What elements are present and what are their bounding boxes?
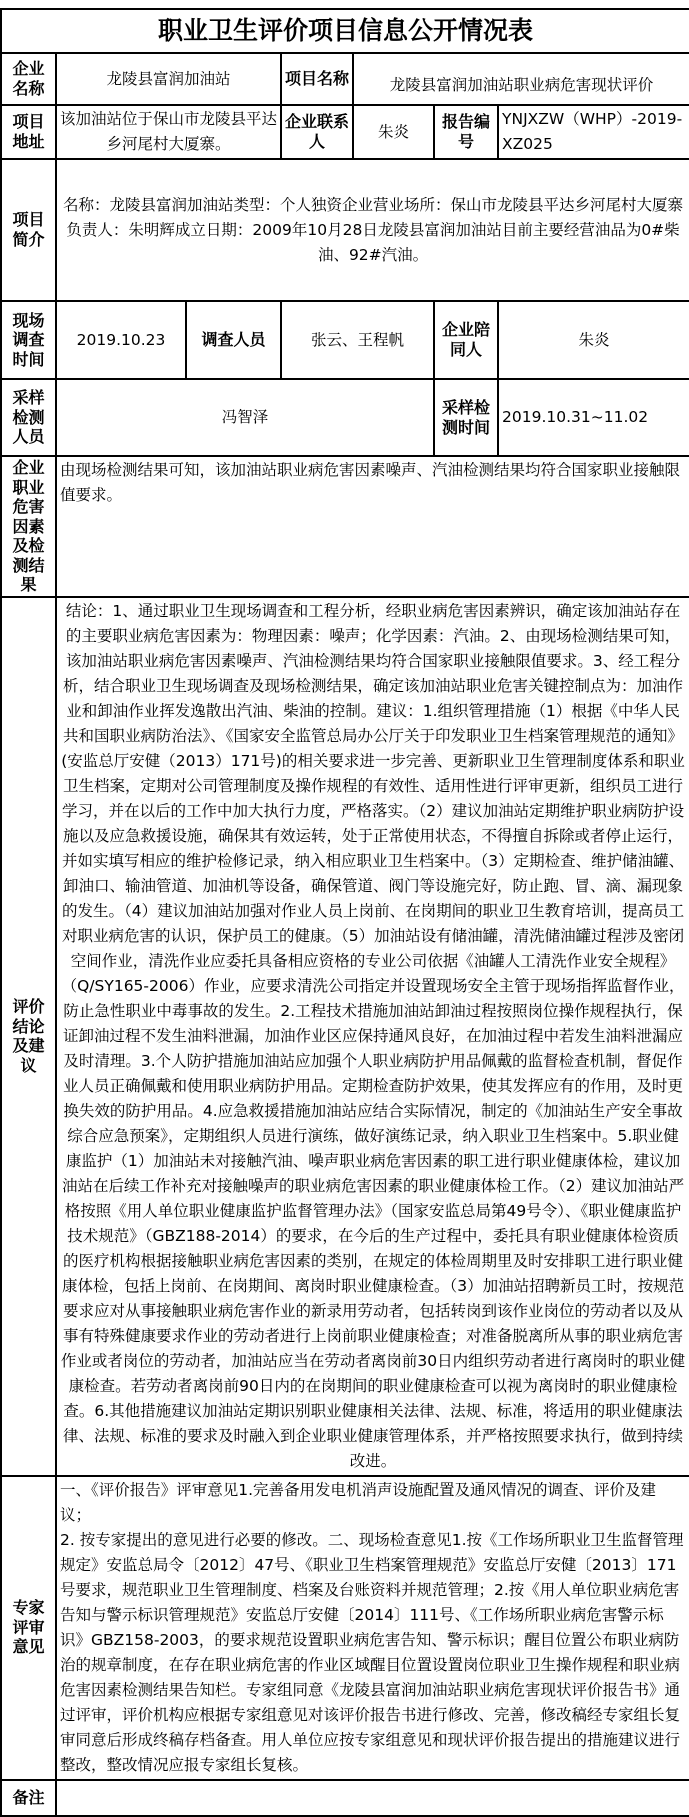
company-contact-label: 企业联系人 <box>281 105 353 159</box>
sampling-staff-value: 冯智泽 <box>56 379 434 456</box>
expert-opinion-label: 专家评审意见 <box>1 1476 56 1780</box>
report-no-label: 报告编号 <box>434 105 498 159</box>
project-intro-value: 名称：龙陵县富润加油站类型：个人独资企业营业场所：保山市龙陵县平达乡河尾村大厦寨… <box>56 159 689 301</box>
info-disclosure-table: 职业卫生评价项目信息公开情况表 企业名称 龙陵县富润加油站 项目名称 龙陵县富润… <box>0 8 689 1817</box>
sampling-time-value: 2019.10.31~11.02 <box>498 379 689 456</box>
expert-opinion-paragraph-2: 2. 按专家提出的意见进行必要的修改。二、现场检查意见1.按《工作场所职业卫生监… <box>60 1528 686 1778</box>
survey-time-value: 2019.10.23 <box>56 301 186 379</box>
project-name-value: 龙陵县富润加油站职业病危害现状评价 <box>353 53 689 105</box>
company-escort-label: 企业陪同人 <box>434 301 498 379</box>
sampling-time-label: 采样检测时间 <box>434 379 498 456</box>
conclusion-value: 结论：1、通过职业卫生现场调查和工程分析，经职业病危害因素辨识，确定该加油站存在… <box>56 597 689 1476</box>
page-title: 职业卫生评价项目信息公开情况表 <box>1 9 689 53</box>
sampling-staff-label: 采样检测人员 <box>1 379 56 456</box>
remarks-value <box>56 1780 689 1816</box>
project-address-label: 项目地址 <box>1 105 56 159</box>
company-name-label: 企业名称 <box>1 53 56 105</box>
surveyors-value: 张云、王程帆 <box>281 301 434 379</box>
surveyors-label: 调查人员 <box>186 301 281 379</box>
remarks-label: 备注 <box>1 1780 56 1816</box>
hazard-results-label: 企业职业危害因素及检测结果 <box>1 456 56 597</box>
company-name-value: 龙陵县富润加油站 <box>56 53 281 105</box>
project-name-label: 项目名称 <box>281 53 353 105</box>
survey-time-label: 现场调查时间 <box>1 301 56 379</box>
hazard-results-value: 由现场检测结果可知，该加油站职业病危害因素噪声、汽油检测结果均符合国家职业接触限… <box>56 456 689 597</box>
company-escort-value: 朱炎 <box>498 301 689 379</box>
expert-opinion-paragraph-1: 一、《评价报告》评审意见1.完善备用发电机消声设施配置及通风情况的调查、评价及建… <box>60 1478 686 1528</box>
expert-opinion-value: 一、《评价报告》评审意见1.完善备用发电机消声设施配置及通风情况的调查、评价及建… <box>56 1476 689 1780</box>
project-intro-label: 项目简介 <box>1 159 56 301</box>
report-no-value: YNJXZW（WHP）-2019-XZ025 <box>498 105 689 159</box>
project-address-value: 该加油站位于保山市龙陵县平达乡河尾村大厦寨。 <box>56 105 281 159</box>
company-contact-value: 朱炎 <box>353 105 434 159</box>
conclusion-label: 评价结论及建议 <box>1 597 56 1476</box>
